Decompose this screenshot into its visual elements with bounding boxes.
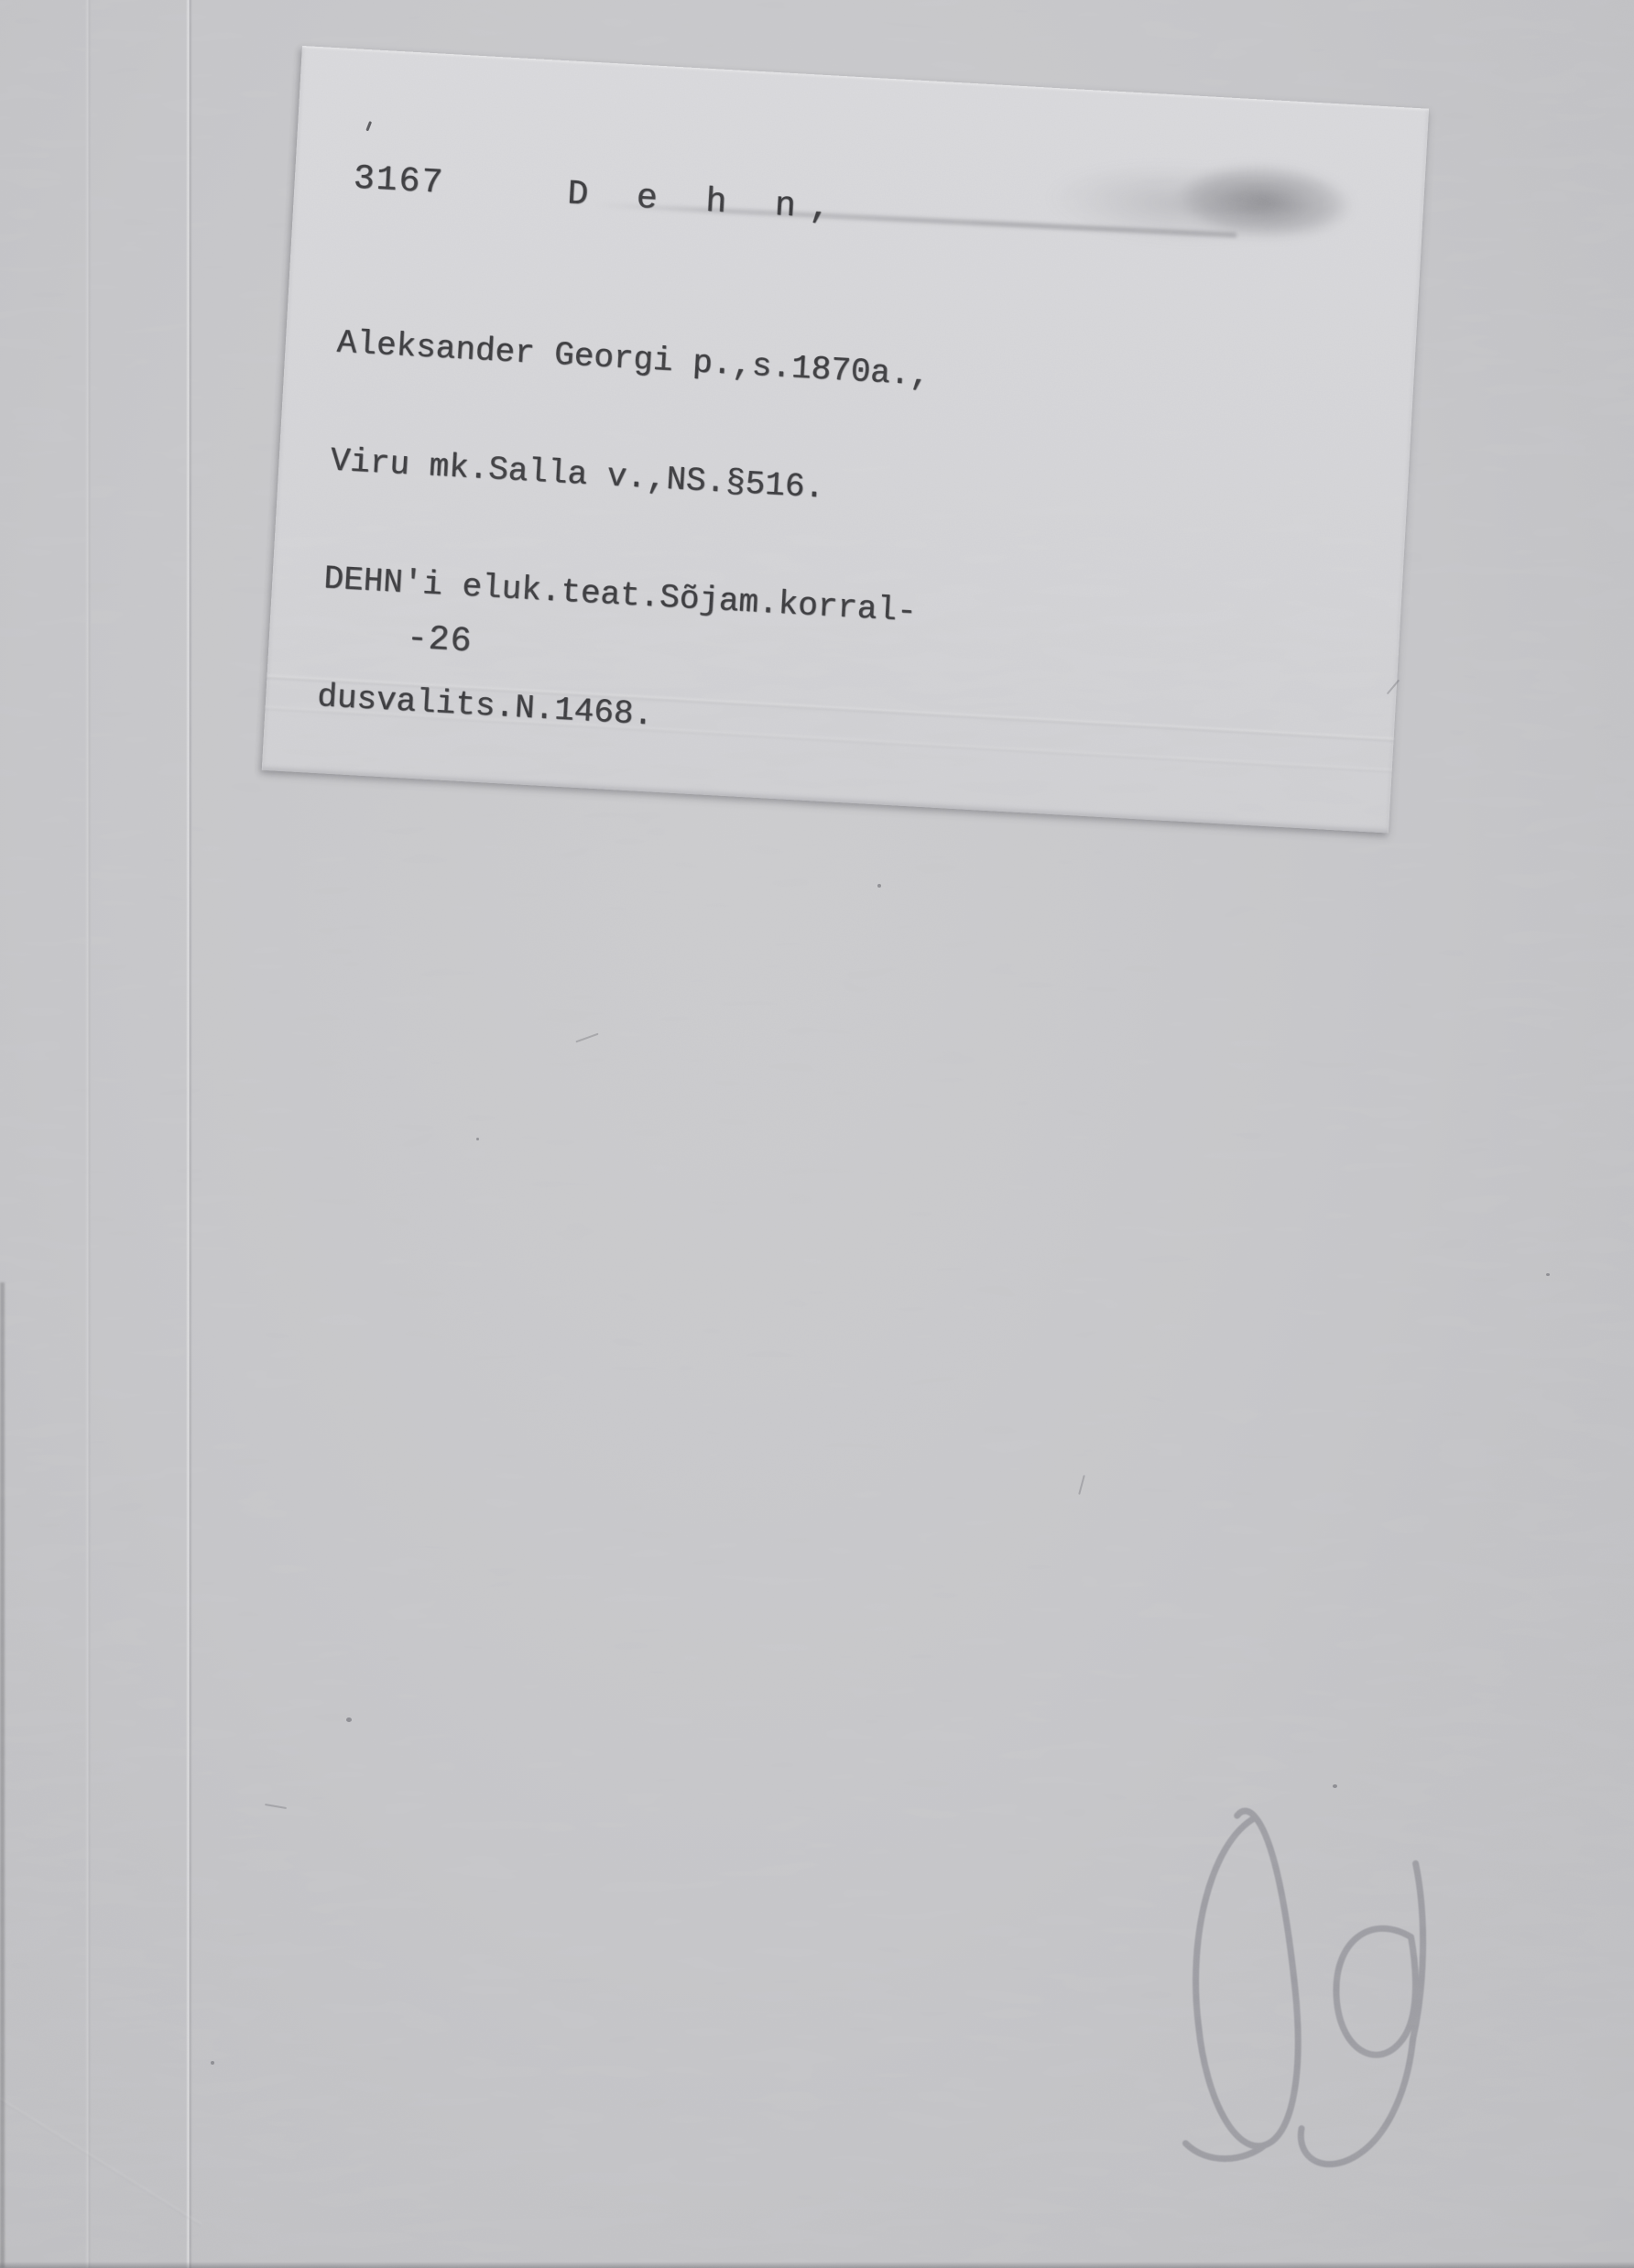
paper-crease-diagonal	[0, 2098, 202, 2226]
scanned-page: { "page": { "background_color": "#c6c6c9…	[0, 0, 1634, 2268]
card-body-line: Viru mk.Salla v.,NS.§516.	[329, 439, 924, 515]
card-note: -26	[406, 618, 474, 661]
scan-edge-bottom	[0, 2262, 1634, 2268]
paper-crease-vertical	[186, 0, 192, 2268]
card-body-line: Aleksander Georgi p.,s.1870a.,	[336, 322, 931, 398]
stray-ink-tick	[365, 121, 372, 131]
paper-speck	[476, 1138, 479, 1140]
paper-speck	[1333, 1784, 1337, 1788]
ink-smudge	[952, 106, 1389, 272]
paper-fiber	[1078, 1475, 1085, 1495]
paper-fiber	[265, 1804, 287, 1809]
card-surname: D e h n,	[566, 174, 844, 229]
paper-speck	[211, 2061, 214, 2065]
scan-edge-left	[0, 1282, 5, 2268]
pencil-scribble	[1147, 1779, 1451, 2175]
paper-speck	[1546, 1273, 1550, 1276]
paper-fiber	[575, 1033, 598, 1043]
index-card: 3167 D e h n, Aleksander Georgi p.,s.187…	[262, 46, 1429, 834]
card-number: 3167	[353, 158, 445, 202]
paper-speck	[877, 884, 881, 888]
paper-crease-vertical	[85, 0, 92, 2268]
paper-speck	[346, 1717, 352, 1722]
